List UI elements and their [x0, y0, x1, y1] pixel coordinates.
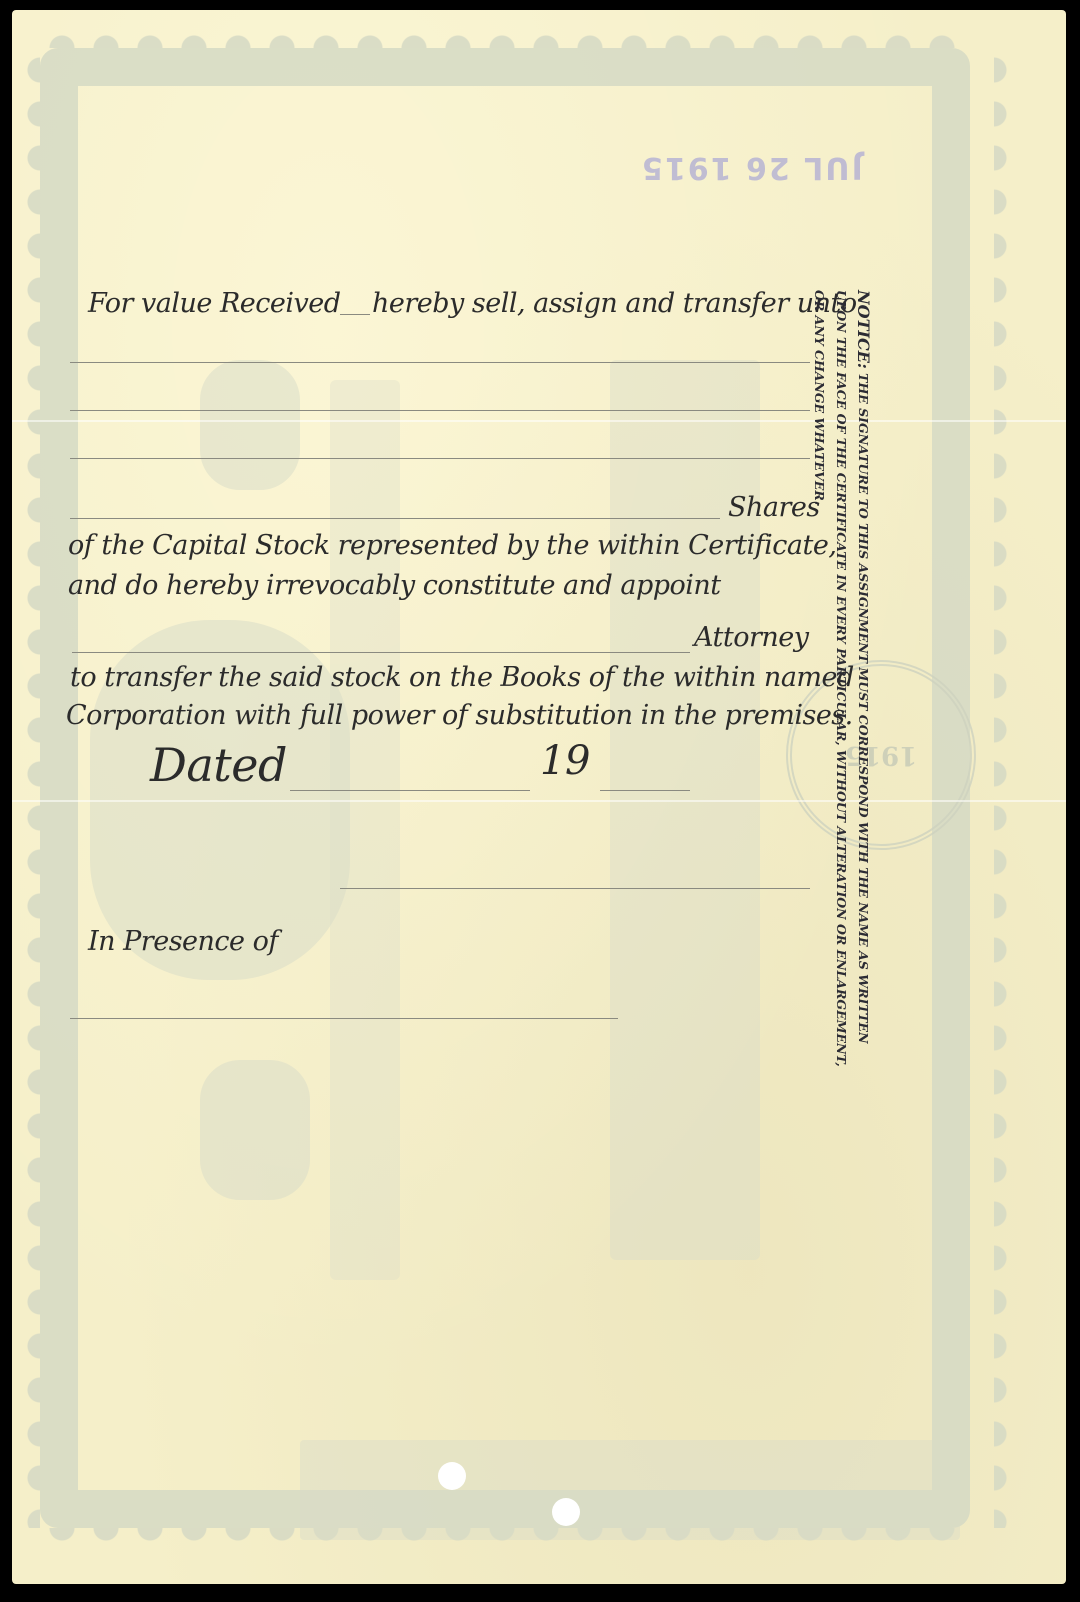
for-value-received-text: For value Received [88, 288, 341, 319]
punch-hole [438, 1462, 466, 1490]
border-scallop-left [14, 48, 40, 1528]
appoint-text: and do hereby irrevocably constitute and… [68, 570, 721, 601]
attorney-name-line[interactable] [72, 652, 690, 653]
capital-stock-text: of the Capital Stock represented by the … [68, 530, 836, 561]
year-prefix: 19 [540, 738, 590, 784]
notice-text: Notice: The signature to this assignment… [818, 290, 874, 1080]
fold-crease [12, 420, 1066, 422]
bleed-through-title [330, 380, 400, 1280]
bleed-through-vignette [200, 360, 300, 490]
border-scallop-top [40, 22, 970, 48]
assignee-line-1[interactable] [70, 362, 810, 363]
assignor-blank[interactable] [340, 314, 370, 315]
date-stamp: JUL 26 1915 [640, 150, 863, 185]
dated-label: Dated [150, 738, 287, 792]
transfer-text: to transfer the said stock on the Books … [70, 662, 854, 693]
fold-crease [12, 800, 1066, 802]
in-presence-of-text: In Presence of [88, 926, 278, 957]
witness-signature-line[interactable] [70, 1018, 618, 1019]
bleed-through-vignette-lower [200, 1060, 310, 1200]
punch-hole [552, 1498, 580, 1526]
shares-label: Shares [728, 492, 820, 523]
signature-line[interactable] [340, 888, 810, 889]
attorney-label: Attorney [694, 622, 809, 653]
year-line[interactable] [600, 790, 690, 791]
bleed-through-share-strip [300, 1440, 960, 1540]
corporation-text: Corporation with full power of substitut… [66, 700, 853, 731]
assignee-line-2[interactable] [70, 410, 810, 411]
shares-count-line[interactable] [70, 518, 720, 519]
assignee-line-3[interactable] [70, 458, 810, 459]
date-line[interactable] [290, 790, 530, 791]
border-scallop-right [994, 48, 1020, 1528]
sell-assign-transfer-text: hereby sell, assign and transfer unto [372, 288, 857, 319]
